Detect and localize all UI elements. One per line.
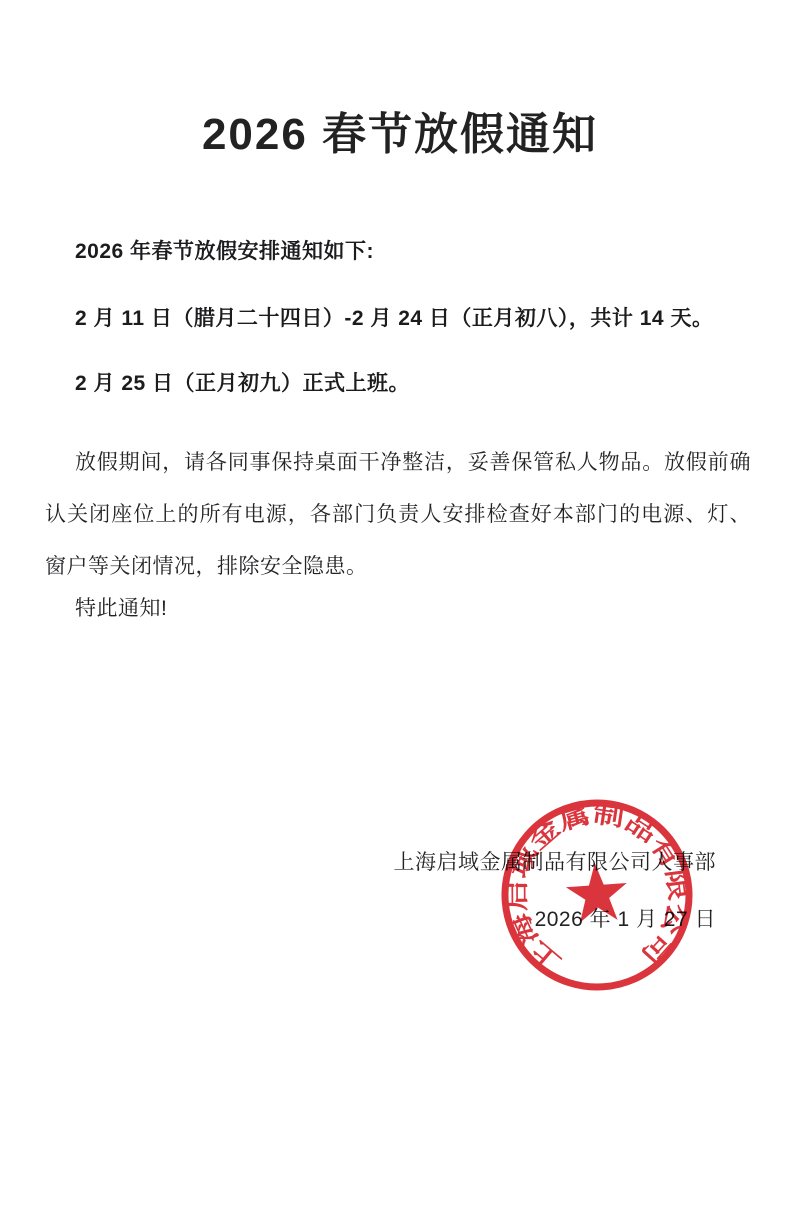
paragraph-intro: 2026 年春节放假安排通知如下: [45, 237, 751, 267]
document-page: 2026 春节放假通知 2026 年春节放假安排通知如下: 2 月 11 日（腊… [0, 0, 800, 1216]
paragraph-holiday-dates: 2 月 11 日（腊月二十四日）-2 月 24 日（正月初八），共计 14 天。 [45, 304, 751, 334]
paragraph-return-date: 2 月 25 日（正月初九）正式上班。 [45, 369, 751, 399]
paragraph-closing: 特此通知! [45, 594, 751, 624]
signature-block: 上海启域金属制品有限公司人事部 2026 年 1 月 27 日 [0, 848, 716, 962]
document-title: 2026 春节放假通知 [0, 98, 800, 162]
signature-date: 2026 年 1 月 27 日 [0, 905, 716, 935]
paragraph-instructions: 放假期间，请各同事保持桌面干净整洁，妥善保管私人物品。放假前确认关闭座位上的所有… [45, 437, 751, 593]
signature-department: 上海启域金属制品有限公司人事部 [0, 848, 716, 878]
